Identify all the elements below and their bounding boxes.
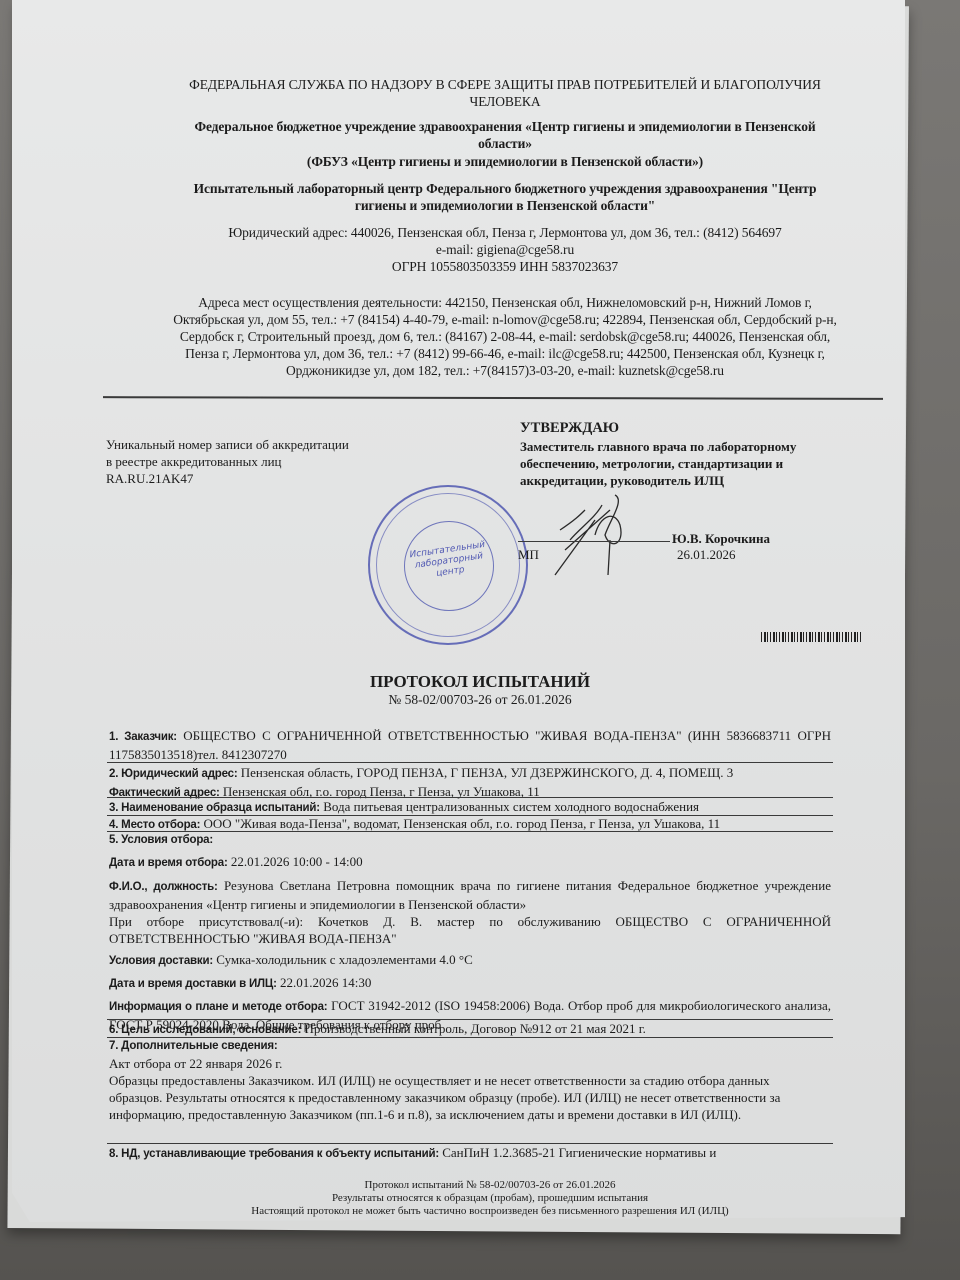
section-normative-docs: 8. НД, устанавливающие требования к объе… bbox=[109, 1144, 831, 1163]
signature-line bbox=[518, 541, 670, 542]
accreditation-line2: в реестре аккредитованных лиц bbox=[106, 453, 349, 470]
official-seal: Испытательный лабораторный центр bbox=[368, 485, 528, 645]
present-persons: При отборе присутствовал(-и): Кочетков Д… bbox=[109, 913, 831, 947]
barcode bbox=[761, 632, 863, 642]
sampling-datetime-label: Дата и время отбора: bbox=[109, 857, 228, 869]
additional-info-label: 7. Дополнительные сведения: bbox=[109, 1038, 831, 1055]
section-customer: 1. Заказчик: ОБЩЕСТВО С ОГРАНИЧЕННОЙ ОТВ… bbox=[109, 727, 831, 763]
customer-label: 1. Заказчик: bbox=[109, 731, 177, 743]
sampling-method-label: Информация о плане и методе отбора: bbox=[109, 1001, 327, 1013]
footer-protocol-ref: Протокол испытаний № 58-02/00703-26 от 2… bbox=[100, 1179, 880, 1192]
delivery-conditions-value: Сумка-холодильник с хладоэлементами 4.0 … bbox=[216, 952, 473, 967]
lab-center-line2: гигиены и эпидемиологии в Пензенской обл… bbox=[120, 197, 890, 214]
lab-center-line1: Испытательный лабораторный центр Федерал… bbox=[120, 180, 890, 197]
purpose-value: Производственный контроль, Договор №912 … bbox=[304, 1021, 645, 1036]
section-divider bbox=[107, 762, 833, 763]
delivery-datetime-label: Дата и время доставки в ИЛЦ: bbox=[109, 978, 277, 990]
accreditation-block: Уникальный номер записи об аккредитации … bbox=[106, 436, 349, 487]
delivery-datetime-value: 22.01.2026 14:30 bbox=[280, 975, 371, 990]
legal-address: Юридический адрес: 440026, Пензенская об… bbox=[120, 224, 890, 241]
header-lab-center: Испытательный лабораторный центр Федерал… bbox=[120, 180, 890, 214]
agency-line2: ЧЕЛОВЕКА bbox=[120, 93, 890, 110]
approval-position-line: Заместитель главного врача по лабораторн… bbox=[520, 438, 860, 455]
protocol-title: ПРОТОКОЛ ИСПЫТАНИЙ bbox=[0, 672, 960, 692]
header-contacts: Юридический адрес: 440026, Пензенская об… bbox=[120, 224, 890, 275]
header-email: e-mail: gigiena@cge58.ru bbox=[120, 241, 890, 258]
normative-docs-value: СанПиН 1.2.3685-21 Гигиенические нормати… bbox=[442, 1145, 716, 1160]
activity-address-line: Орджоникидзе ул, дом 182, тел.: +7(84157… bbox=[120, 362, 890, 379]
sampler-label: Ф.И.О., должность: bbox=[109, 881, 218, 893]
purpose-label: 6. Цель исследований, основание: bbox=[109, 1024, 301, 1036]
institution-line1: Федеральное бюджетное учреждение здравоо… bbox=[120, 118, 890, 135]
section-sampling-conditions: 5. Условия отбора: Дата и время отбора: … bbox=[109, 832, 831, 1033]
additional-info-note: Образцы предоставлены Заказчиком. ИЛ (ИЛ… bbox=[109, 1072, 831, 1123]
footer-results-note: Результаты относятся к образцам (пробам)… bbox=[100, 1192, 880, 1205]
header-agency: ФЕДЕРАЛЬНАЯ СЛУЖБА ПО НАДЗОРУ В СФЕРЕ ЗА… bbox=[120, 76, 890, 110]
activity-address-line: Октябрьская ул, дом 55, тел.: +7 (84154)… bbox=[120, 311, 890, 328]
activity-address-line: Пенза г, Лермонтова ул, дом 36, тел.: +7… bbox=[120, 345, 890, 362]
sampler-value: Резунова Светлана Петровна помощник врач… bbox=[109, 878, 831, 912]
activity-address-line: Адреса мест осуществления деятельности: … bbox=[120, 294, 890, 311]
institution-line2: области» bbox=[120, 135, 890, 152]
stamp-label: МП bbox=[518, 546, 539, 563]
approval-date: 26.01.2026 bbox=[677, 546, 736, 563]
accreditation-line1: Уникальный номер записи об аккредитации bbox=[106, 436, 349, 453]
ogrn-inn: ОГРН 1055803503359 ИНН 5837023637 bbox=[120, 258, 890, 275]
activity-address-line: Сердобск г, Строительный проезд, дом 6, … bbox=[120, 328, 890, 345]
approval-block: УТВЕРЖДАЮ Заместитель главного врача по … bbox=[520, 418, 860, 489]
sampling-act: Акт отбора от 22 января 2026 г. bbox=[109, 1055, 831, 1072]
legal-address-label: 2. Юридический адрес: bbox=[109, 768, 238, 780]
legal-address-value: Пензенская область, ГОРОД ПЕНЗА, Г ПЕНЗА… bbox=[241, 765, 734, 780]
sample-name-label: 3. Наименование образца испытаний: bbox=[109, 802, 320, 814]
page-footer: Протокол испытаний № 58-02/00703-26 от 2… bbox=[100, 1179, 880, 1218]
accreditation-number: RA.RU.21AK47 bbox=[106, 470, 349, 487]
sample-name-value: Вода питьевая централизованных систем хо… bbox=[323, 799, 699, 814]
approval-position-line: обеспечению, метрологии, стандартизации … bbox=[520, 455, 860, 472]
section-additional-info: 7. Дополнительные сведения: Акт отбора о… bbox=[109, 1038, 831, 1123]
activity-addresses: Адреса мест осуществления деятельности: … bbox=[120, 294, 890, 379]
institution-short: (ФБУЗ «Центр гигиены и эпидемиологии в П… bbox=[120, 153, 890, 170]
sampling-conditions-label: 5. Условия отбора: bbox=[109, 832, 831, 849]
protocol-number: № 58-02/00703-26 от 26.01.2026 bbox=[0, 692, 960, 708]
customer-value: ОБЩЕСТВО С ОГРАНИЧЕННОЙ ОТВЕТСТВЕННОСТЬЮ… bbox=[109, 728, 831, 762]
delivery-conditions-label: Условия доставки: bbox=[109, 955, 213, 967]
signature-icon bbox=[540, 490, 680, 580]
sampling-datetime-value: 22.01.2026 10:00 - 14:00 bbox=[231, 854, 363, 869]
agency-line1: ФЕДЕРАЛЬНАЯ СЛУЖБА ПО НАДЗОРУ В СФЕРЕ ЗА… bbox=[120, 76, 890, 93]
header-institution: Федеральное бюджетное учреждение здравоо… bbox=[120, 118, 890, 170]
signer-name: Ю.В. Корочкина bbox=[672, 530, 770, 547]
footer-reproduction-note: Настоящий протокол не может быть частичн… bbox=[100, 1205, 880, 1218]
sampling-place-value: ООО "Живая вода-Пенза", водомат, Пензенс… bbox=[204, 816, 721, 831]
sampling-place-label: 4. Место отбора: bbox=[109, 819, 200, 831]
normative-docs-label: 8. НД, устанавливающие требования к объе… bbox=[109, 1148, 439, 1160]
approval-heading: УТВЕРЖДАЮ bbox=[520, 418, 860, 438]
approval-position-line: аккредитации, руководитель ИЛЦ bbox=[520, 472, 860, 489]
